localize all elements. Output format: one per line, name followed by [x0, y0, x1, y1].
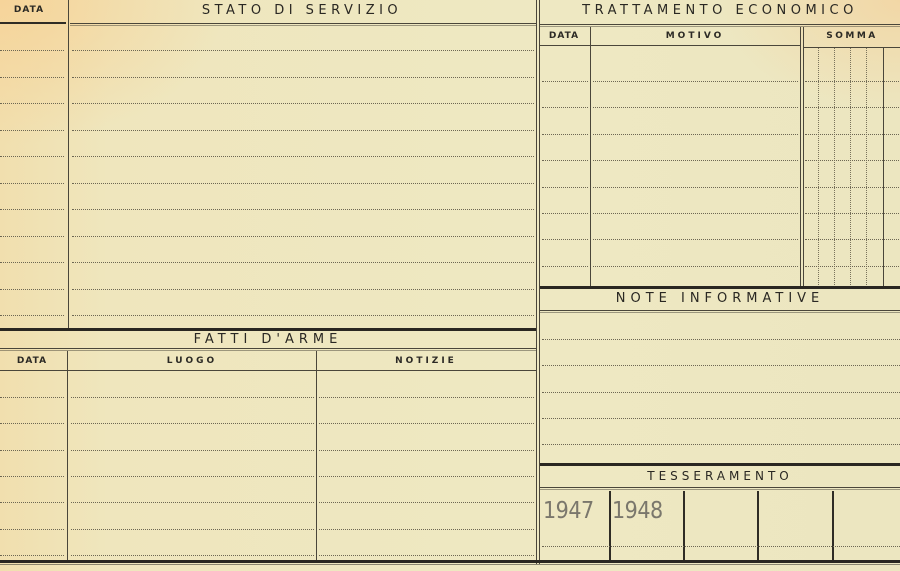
- somma-subcol-3: [850, 48, 851, 287]
- dotted-rule: [593, 81, 798, 82]
- dotted-rule: [805, 187, 900, 188]
- center-divider-a: [536, 0, 537, 564]
- dotted-rule: [0, 130, 64, 131]
- trattamento-title-rule-2: [540, 26, 900, 27]
- year-stamp: 1948: [612, 498, 663, 524]
- dotted-rule: [542, 134, 588, 135]
- stato-di-servizio-title: STATO DI SERVIZIO: [68, 3, 536, 18]
- dotted-rule: [542, 444, 900, 445]
- dotted-rule: [0, 289, 64, 290]
- somma-subcol-1: [818, 48, 819, 287]
- dotted-rule: [72, 156, 534, 157]
- dotted-rule: [72, 209, 534, 210]
- somma-subcol-2: [834, 48, 835, 287]
- dotted-rule: [71, 423, 314, 424]
- service-record-card: DATA STATO DI SERVIZIO FATTI D'ARME DATA…: [0, 0, 900, 571]
- dotted-rule: [71, 476, 314, 477]
- dotted-rule: [805, 213, 900, 214]
- trattamento-data-header: DATA: [540, 31, 588, 41]
- fatti-d-arme-title: FATTI D'ARME: [0, 332, 536, 347]
- trattamento-motivo-header: MOTIVO: [590, 31, 800, 41]
- dotted-rule: [72, 183, 534, 184]
- dotted-rule: [805, 134, 900, 135]
- dotted-rule: [319, 397, 534, 398]
- stato-data-header: DATA: [0, 5, 58, 15]
- dotted-rule: [319, 476, 534, 477]
- fatti-title-rule: [0, 348, 536, 349]
- trattamento-data-divider: [590, 27, 591, 287]
- note-title-rule-2: [540, 312, 900, 313]
- fatti-notizie-header: NOTIZIE: [316, 356, 536, 366]
- dotted-rule: [0, 236, 64, 237]
- dotted-rule: [542, 365, 900, 366]
- dotted-rule: [72, 77, 534, 78]
- tesseramento-dotted-rule: [542, 546, 900, 547]
- dotted-rule: [0, 262, 64, 263]
- dotted-rule: [71, 450, 314, 451]
- dotted-rule: [805, 81, 900, 82]
- dotted-rule: [805, 160, 900, 161]
- section-separator-left: [0, 328, 536, 331]
- note-title-rule: [540, 310, 900, 311]
- dotted-rule: [542, 187, 588, 188]
- dotted-rule: [0, 450, 64, 451]
- tesseramento-title-rule: [540, 487, 900, 488]
- dotted-rule: [0, 397, 64, 398]
- dotted-rule: [593, 160, 798, 161]
- trattamento-somma-divider-a: [800, 27, 801, 287]
- fatti-title-rule-2: [0, 350, 536, 351]
- fatti-data-divider: [67, 351, 68, 561]
- trattamento-somma-cents-divider: [883, 48, 884, 287]
- dotted-rule: [593, 266, 798, 267]
- section-separator-right-1: [540, 286, 900, 289]
- dotted-rule: [0, 555, 64, 556]
- dotted-rule: [319, 450, 534, 451]
- fatti-header-rule: [0, 370, 536, 371]
- dotted-rule: [593, 239, 798, 240]
- dotted-rule: [542, 392, 900, 393]
- dotted-rule: [542, 418, 900, 419]
- stato-header-rule-left: [0, 22, 66, 24]
- dotted-rule: [0, 529, 64, 530]
- dotted-rule: [593, 134, 798, 135]
- tesseramento-year-3: [685, 490, 757, 560]
- trattamento-header-rule-left: [540, 45, 800, 46]
- dotted-rule: [0, 103, 64, 104]
- dotted-rule: [0, 315, 64, 316]
- dotted-rule: [542, 81, 588, 82]
- dotted-rule: [319, 529, 534, 530]
- dotted-rule: [72, 262, 534, 263]
- dotted-rule: [72, 103, 534, 104]
- dotted-rule: [805, 107, 900, 108]
- dotted-rule: [542, 339, 900, 340]
- dotted-rule: [0, 156, 64, 157]
- fatti-luogo-divider: [316, 351, 317, 561]
- stato-header-rule-2: [70, 25, 536, 26]
- dotted-rule: [0, 209, 64, 210]
- dotted-rule: [593, 213, 798, 214]
- dotted-rule: [805, 239, 900, 240]
- dotted-rule: [542, 107, 588, 108]
- tesseramento-year-4: [759, 490, 831, 560]
- dotted-rule: [593, 187, 798, 188]
- dotted-rule: [72, 289, 534, 290]
- dotted-rule: [0, 77, 64, 78]
- bottom-rule: [0, 560, 900, 563]
- dotted-rule: [72, 50, 534, 51]
- stato-data-column-divider: [68, 0, 69, 329]
- dotted-rule: [319, 502, 534, 503]
- dotted-rule: [319, 423, 534, 424]
- dotted-rule: [0, 502, 64, 503]
- fatti-luogo-header: LUOGO: [68, 356, 316, 366]
- trattamento-somma-divider-b: [803, 27, 804, 287]
- dotted-rule: [542, 213, 588, 214]
- dotted-rule: [72, 130, 534, 131]
- trattamento-title-rule: [540, 24, 900, 25]
- dotted-rule: [542, 160, 588, 161]
- dotted-rule: [593, 107, 798, 108]
- dotted-rule: [71, 555, 314, 556]
- dotted-rule: [0, 183, 64, 184]
- trattamento-somma-header: SOMMA: [804, 31, 900, 41]
- tesseramento-year-1: 1947: [540, 490, 610, 560]
- note-informative-title: NOTE INFORMATIVE: [540, 291, 900, 306]
- tesseramento-year-5: [834, 490, 900, 560]
- year-stamp: 1947: [543, 498, 594, 524]
- section-separator-right-2: [540, 463, 900, 466]
- dotted-rule: [71, 502, 314, 503]
- tesseramento-title: TESSERAMENTO: [540, 469, 900, 483]
- dotted-rule: [319, 555, 534, 556]
- dotted-rule: [542, 266, 588, 267]
- fatti-data-header: DATA: [0, 356, 64, 366]
- bottom-rule-2: [0, 564, 900, 565]
- tesseramento-year-2: 1948: [611, 490, 683, 560]
- dotted-rule: [0, 423, 64, 424]
- dotted-rule: [0, 476, 64, 477]
- dotted-rule: [72, 315, 534, 316]
- dotted-rule: [72, 236, 534, 237]
- dotted-rule: [805, 266, 900, 267]
- trattamento-economico-title: TRATTAMENTO ECONOMICO: [540, 3, 900, 18]
- dotted-rule: [542, 239, 588, 240]
- somma-subcol-4: [866, 48, 867, 287]
- dotted-rule: [71, 397, 314, 398]
- dotted-rule: [71, 529, 314, 530]
- dotted-rule: [0, 50, 64, 51]
- stato-header-rule: [70, 23, 536, 24]
